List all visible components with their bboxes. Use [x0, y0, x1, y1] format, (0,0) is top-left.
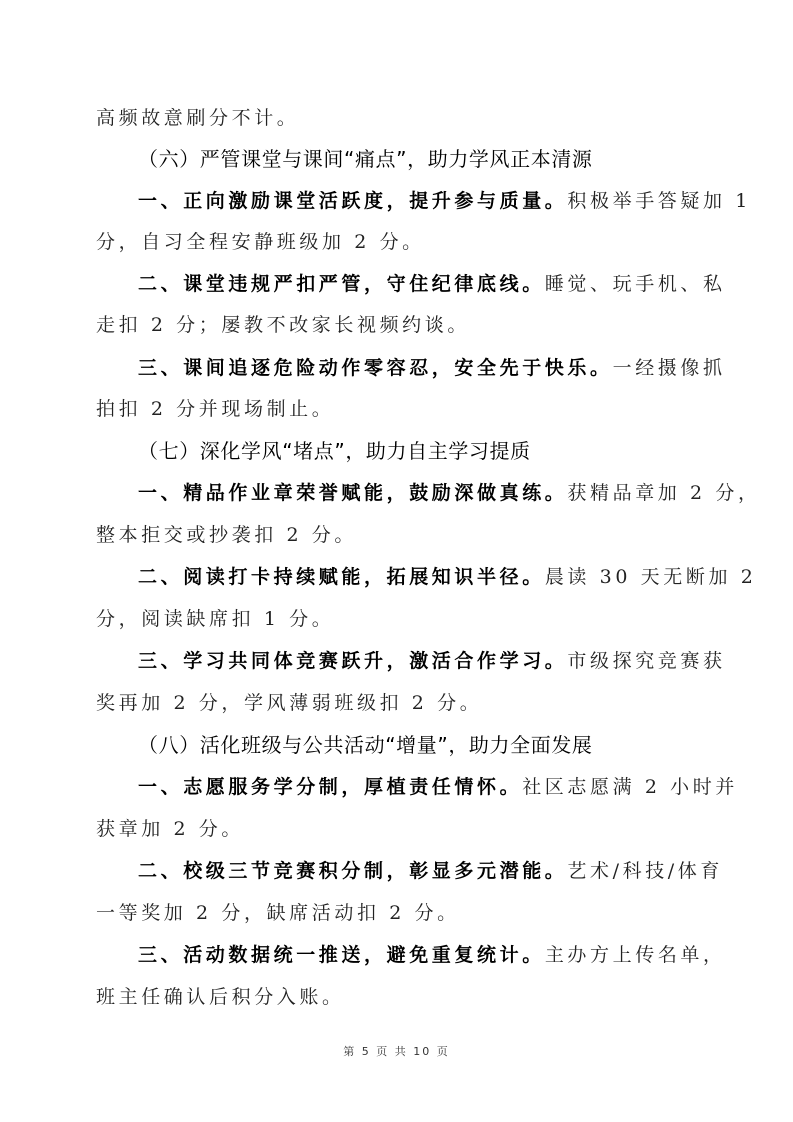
paragraph-continuation: 奖再加 2 分，学风薄弱班级扣 2 分。 [96, 691, 700, 715]
paragraph-text: 晨读 30 天无断加 2 [545, 566, 757, 588]
paragraph-line: 一、精品作业章荣誉赋能，鼓励深做真练。获精品章加 2 分， [138, 481, 742, 505]
paragraph-lead: 三、课间追逐危险动作零容忍，安全先于快乐。 [138, 357, 613, 379]
paragraph-lead: 三、活动数据统一推送，避免重复统计。 [138, 944, 545, 966]
section-heading-7: （七）深化学风“堵点”，助力自主学习提质 [138, 439, 742, 463]
paragraph-line: 一、志愿服务学分制，厚植责任情怀。社区志愿满 2 小时并 [138, 775, 742, 799]
paragraph-continuation: 走扣 2 分；屡教不改家长视频约谈。 [96, 313, 700, 337]
paragraph-line: 一、正向激励课堂活跃度，提升参与质量。积极举手答疑加 1 [138, 189, 742, 213]
paragraph-continuation: 整本拒交或抄袭扣 2 分。 [96, 523, 700, 547]
paragraph-text: 一经摄像抓 [613, 357, 726, 379]
document-page: 高频故意刷分不计。 （六）严管课堂与课间“痛点”，助力学风正本清源 一、正向激励… [0, 0, 793, 1122]
continuation-text: 高频故意刷分不计。 [96, 106, 700, 130]
paragraph-text: 睡觉、玩手机、私 [545, 273, 726, 295]
paragraph-text: 积极举手答疑加 1 [567, 190, 751, 212]
paragraph-continuation: 班主任确认后积分入账。 [96, 985, 700, 1009]
paragraph-lead: 一、正向激励课堂活跃度，提升参与质量。 [138, 190, 567, 212]
paragraph-text: 获精品章加 2 分， [567, 482, 760, 504]
section-heading-8: （八）活化班级与公共活动“增量”，助力全面发展 [138, 733, 742, 757]
paragraph-text: 社区志愿满 2 小时并 [522, 776, 738, 798]
paragraph-continuation: 拍扣 2 分并现场制止。 [96, 397, 700, 421]
paragraph-lead: 二、校级三节竞赛积分制，彰显多元潜能。 [138, 860, 567, 882]
paragraph-continuation: 获章加 2 分。 [96, 817, 700, 841]
paragraph-text: 主办方上传名单， [545, 944, 726, 966]
paragraph-lead: 二、课堂违规严扣严管，守住纪律底线。 [138, 273, 545, 295]
section-heading-6: （六）严管课堂与课间“痛点”，助力学风正本清源 [138, 147, 742, 171]
paragraph-lead: 三、学习共同体竞赛跃升，激活合作学习。 [138, 650, 567, 672]
paragraph-line: 三、学习共同体竞赛跃升，激活合作学习。市级探究竞赛获 [138, 649, 742, 673]
paragraph-continuation: 一等奖加 2 分，缺席活动扣 2 分。 [96, 901, 700, 925]
paragraph-lead: 一、志愿服务学分制，厚植责任情怀。 [138, 776, 522, 798]
paragraph-line: 二、校级三节竞赛积分制，彰显多元潜能。艺术/科技/体育 [138, 859, 742, 883]
paragraph-text: 艺术/科技/体育 [567, 860, 723, 882]
paragraph-line: 二、课堂违规严扣严管，守住纪律底线。睡觉、玩手机、私 [138, 272, 742, 296]
paragraph-line: 三、活动数据统一推送，避免重复统计。主办方上传名单， [138, 943, 742, 967]
paragraph-line: 二、阅读打卡持续赋能，拓展知识半径。晨读 30 天无断加 2 [138, 565, 742, 589]
paragraph-text: 市级探究竞赛获 [567, 650, 725, 672]
paragraph-lead: 一、精品作业章荣誉赋能，鼓励深做真练。 [138, 482, 567, 504]
paragraph-lead: 二、阅读打卡持续赋能，拓展知识半径。 [138, 566, 545, 588]
paragraph-continuation: 分，自习全程安静班级加 2 分。 [96, 230, 700, 254]
page-number-footer: 第 5 页 共 10 页 [0, 1043, 793, 1059]
paragraph-continuation: 分，阅读缺席扣 1 分。 [96, 607, 700, 631]
paragraph-line: 三、课间追逐危险动作零容忍，安全先于快乐。一经摄像抓 [138, 356, 742, 380]
